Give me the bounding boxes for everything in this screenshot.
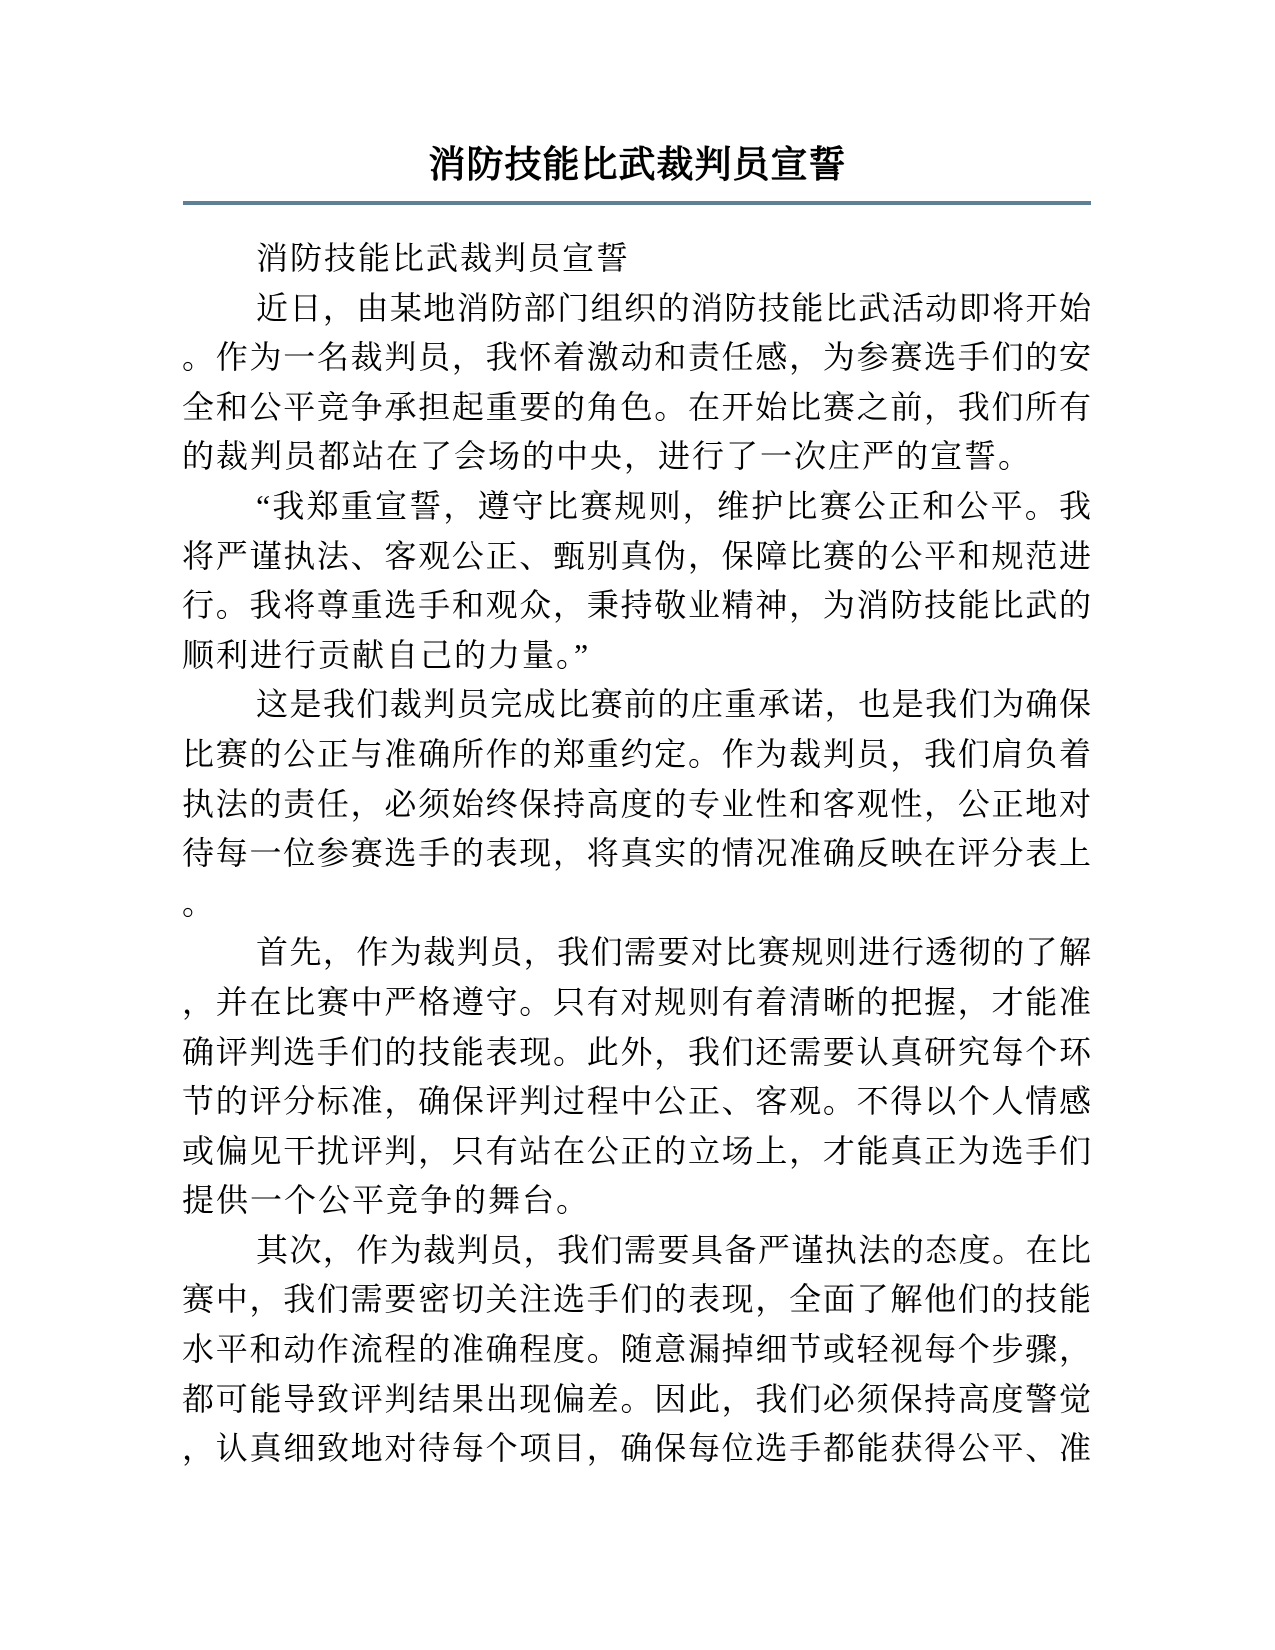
text-line: 这是我们裁判员完成比赛前的庄重承诺，也是我们为确保 [182, 680, 1091, 730]
page-title: 消防技能比武裁判员宣誓 [0, 144, 1275, 188]
text-line: ，并在比赛中严格遵守。只有对规则有着清晰的把握，才能准 [182, 978, 1091, 1028]
text-line: 节的评分标准，确保评判过程中公正、客观。不得以个人情感 [182, 1077, 1091, 1127]
text-line: 首先，作为裁判员，我们需要对比赛规则进行透彻的了解 [182, 928, 1091, 978]
text-line: 全和公平竞争承担起重要的角色。在开始比赛之前，我们所有 [182, 383, 1091, 433]
text-line: 。作为一名裁判员，我怀着激动和责任感，为参赛选手们的安 [182, 333, 1091, 383]
text-line: 消防技能比武裁判员宣誓 [182, 234, 1091, 284]
paragraph-first-point: 首先，作为裁判员，我们需要对比赛规则进行透彻的了解，并在比赛中严格遵守。只有对规… [182, 928, 1091, 1226]
text-line: 都可能导致评判结果出现偏差。因此，我们必须保持高度警觉 [182, 1375, 1091, 1425]
text-line: 行。我将尊重选手和观众，秉持敬业精神，为消防技能比武的 [182, 581, 1091, 631]
text-line: 。 [182, 879, 1091, 929]
text-line: 执法的责任，必须始终保持高度的专业性和客观性，公正地对 [182, 780, 1091, 830]
text-line: 或偏见干扰评判，只有站在公正的立场上，才能真正为选手们 [182, 1127, 1091, 1177]
text-line: 的裁判员都站在了会场的中央，进行了一次庄严的宣誓。 [182, 432, 1091, 482]
text-line: 近日，由某地消防部门组织的消防技能比武活动即将开始 [182, 284, 1091, 334]
text-line: 其次，作为裁判员，我们需要具备严谨执法的态度。在比 [182, 1226, 1091, 1276]
paragraph-second-point: 其次，作为裁判员，我们需要具备严谨执法的态度。在比赛中，我们需要密切关注选手们的… [182, 1226, 1091, 1474]
text-line: 提供一个公平竞争的舞台。 [182, 1176, 1091, 1226]
paragraph-commitment: 这是我们裁判员完成比赛前的庄重承诺，也是我们为确保比赛的公正与准确所作的郑重约定… [182, 680, 1091, 928]
text-line: 待每一位参赛选手的表现，将真实的情况准确反映在评分表上 [182, 829, 1091, 879]
subtitle-line: 消防技能比武裁判员宣誓 [182, 234, 1091, 284]
paragraph-oath-quote: “我郑重宣誓，遵守比赛规则，维护比赛公正和公平。我将严谨执法、客观公正、甄别真伪… [182, 482, 1091, 680]
text-line: 将严谨执法、客观公正、甄别真伪，保障比赛的公平和规范进 [182, 532, 1091, 582]
title-underline-rule [183, 201, 1091, 205]
text-line: 顺利进行贡献自己的力量。” [182, 631, 1091, 681]
text-line: 水平和动作流程的准确程度。随意漏掉细节或轻视每个步骤， [182, 1325, 1091, 1375]
text-line: “我郑重宣誓，遵守比赛规则，维护比赛公正和公平。我 [182, 482, 1091, 532]
text-line: 比赛的公正与准确所作的郑重约定。作为裁判员，我们肩负着 [182, 730, 1091, 780]
paragraph-intro: 近日，由某地消防部门组织的消防技能比武活动即将开始。作为一名裁判员，我怀着激动和… [182, 284, 1091, 482]
document-body: 消防技能比武裁判员宣誓近日，由某地消防部门组织的消防技能比武活动即将开始。作为一… [182, 234, 1091, 1474]
document-page: 消防技能比武裁判员宣誓 消防技能比武裁判员宣誓近日，由某地消防部门组织的消防技能… [0, 0, 1275, 1650]
text-line: 确评判选手们的技能表现。此外，我们还需要认真研究每个环 [182, 1028, 1091, 1078]
text-line: ，认真细致地对待每个项目，确保每位选手都能获得公平、准 [182, 1424, 1091, 1474]
text-line: 赛中，我们需要密切关注选手们的表现，全面了解他们的技能 [182, 1275, 1091, 1325]
